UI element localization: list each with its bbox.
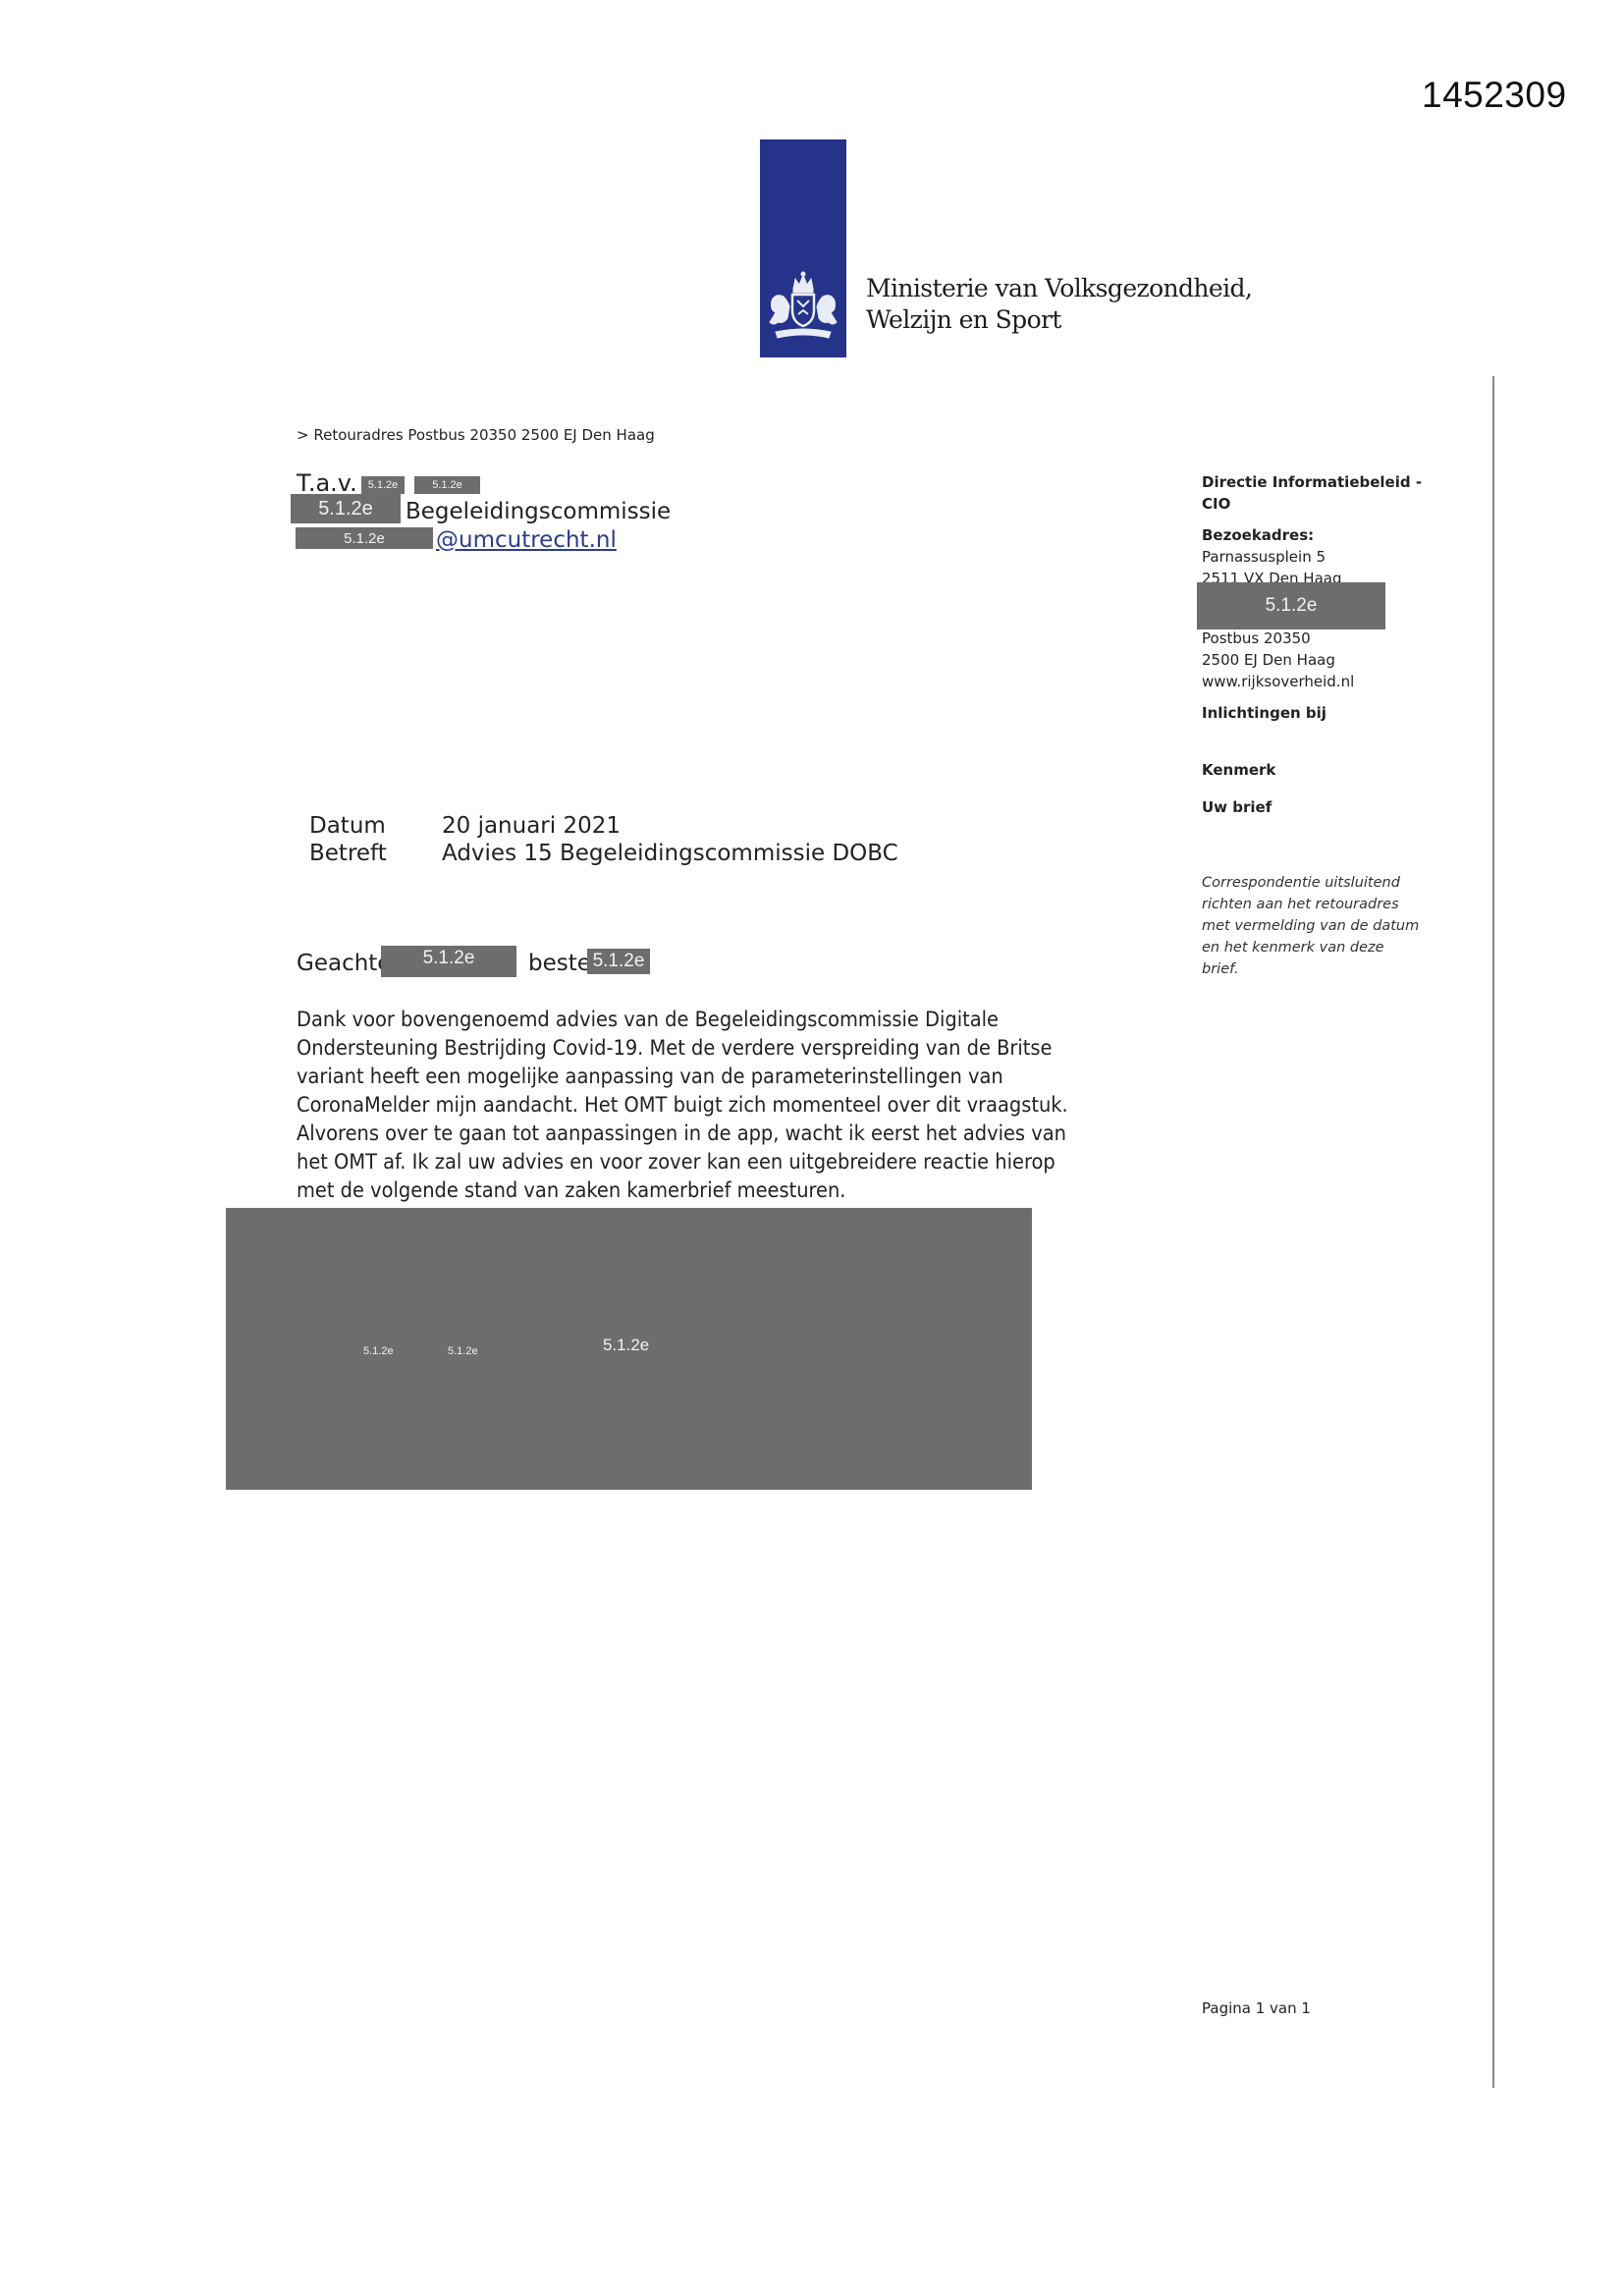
dutch-coat-of-arms-icon xyxy=(766,271,840,350)
return-address: > Retouradres Postbus 20350 2500 EJ Den … xyxy=(297,426,655,444)
sidebar-post-city: 2500 EJ Den Haag xyxy=(1202,649,1457,671)
redaction-box: 5.1.2e xyxy=(291,494,401,523)
notice-line: en het kenmerk van deze xyxy=(1202,937,1419,958)
sender-sidebar: Directie Informatiebeleid - CIO Bezoekad… xyxy=(1202,471,1457,818)
notice-line: met vermelding van de datum xyxy=(1202,915,1419,937)
notice-line: brief. xyxy=(1202,958,1419,980)
body-line: Ondersteuning Bestrijding Covid-19. Met … xyxy=(297,1034,1180,1063)
redaction-box: 5.1.2e xyxy=(587,949,650,974)
sidebar-info-label: Inlichtingen bij xyxy=(1202,702,1457,724)
sidebar-postbus: Postbus 20350 xyxy=(1202,628,1457,649)
body-line: met de volgende stand van zaken kamerbri… xyxy=(297,1176,1180,1205)
body-line: variant heeft een mogelijke aanpassing v… xyxy=(297,1063,1180,1091)
letter-body: Dank voor bovengenoemd advies van de Beg… xyxy=(297,1006,1180,1205)
page-number: Pagina 1 van 1 xyxy=(1202,1999,1311,2017)
body-line: CoronaMelder mijn aandacht. Het OMT buig… xyxy=(297,1091,1180,1120)
body-line: het OMT af. Ik zal uw advies en voor zov… xyxy=(297,1148,1180,1176)
sidebar-reference-label: Kenmerk xyxy=(1202,759,1457,781)
margin-divider xyxy=(1492,376,1494,2088)
date-value: 20 januari 2021 xyxy=(442,813,621,839)
sidebar-visit-street: Parnassusplein 5 xyxy=(1202,546,1457,568)
ministry-logo xyxy=(760,139,846,357)
redaction-box: 5.1.2e xyxy=(1197,582,1385,629)
recipient-organisation: Begeleidingscommissie xyxy=(406,499,671,524)
ministry-name: Ministerie van Volksgezondheid, Welzijn … xyxy=(866,273,1252,336)
sidebar-your-letter-label: Uw brief xyxy=(1202,796,1457,818)
redaction-box: 5.1.2e xyxy=(296,527,433,549)
correspondence-notice: Correspondentie uitsluitend richten aan … xyxy=(1202,872,1419,980)
redaction-code: 5.1.2e xyxy=(603,1336,649,1355)
date-label: Datum xyxy=(309,813,386,839)
ministry-name-line2: Welzijn en Sport xyxy=(866,304,1252,336)
signature-redaction-block: 5.1.2e 5.1.2e 5.1.2e xyxy=(226,1208,1032,1490)
salutation-prefix: Geachte xyxy=(297,951,391,976)
body-line: Alvorens over te gaan tot aanpassingen i… xyxy=(297,1120,1180,1148)
sidebar-visit-label: Bezoekadres: xyxy=(1202,524,1457,546)
redaction-box: 5.1.2e xyxy=(361,476,405,494)
redaction-code: 5.1.2e xyxy=(363,1345,394,1357)
ministry-name-line1: Ministerie van Volksgezondheid, xyxy=(866,273,1252,304)
recipient-tav-label: T.a.v. xyxy=(297,469,357,497)
sidebar-department-line2: CIO xyxy=(1202,493,1457,515)
document-id: 1452309 xyxy=(1422,75,1567,116)
body-line: Dank voor bovengenoemd advies van de Beg… xyxy=(297,1006,1180,1034)
sidebar-website: www.rijksoverheid.nl xyxy=(1202,671,1457,692)
subject-value: Advies 15 Begeleidingscommissie DOBC xyxy=(442,841,898,866)
salutation-middle: beste xyxy=(528,951,591,976)
notice-line: Correspondentie uitsluitend xyxy=(1202,872,1419,894)
subject-label: Betreft xyxy=(309,841,387,866)
redaction-box: 5.1.2e xyxy=(414,476,480,494)
redaction-box: 5.1.2e xyxy=(381,946,516,977)
redaction-code: 5.1.2e xyxy=(448,1345,478,1357)
recipient-email-link[interactable]: @umcutrecht.nl xyxy=(436,527,617,553)
sidebar-department: Directie Informatiebeleid - xyxy=(1202,471,1457,493)
notice-line: richten aan het retouradres xyxy=(1202,894,1419,915)
